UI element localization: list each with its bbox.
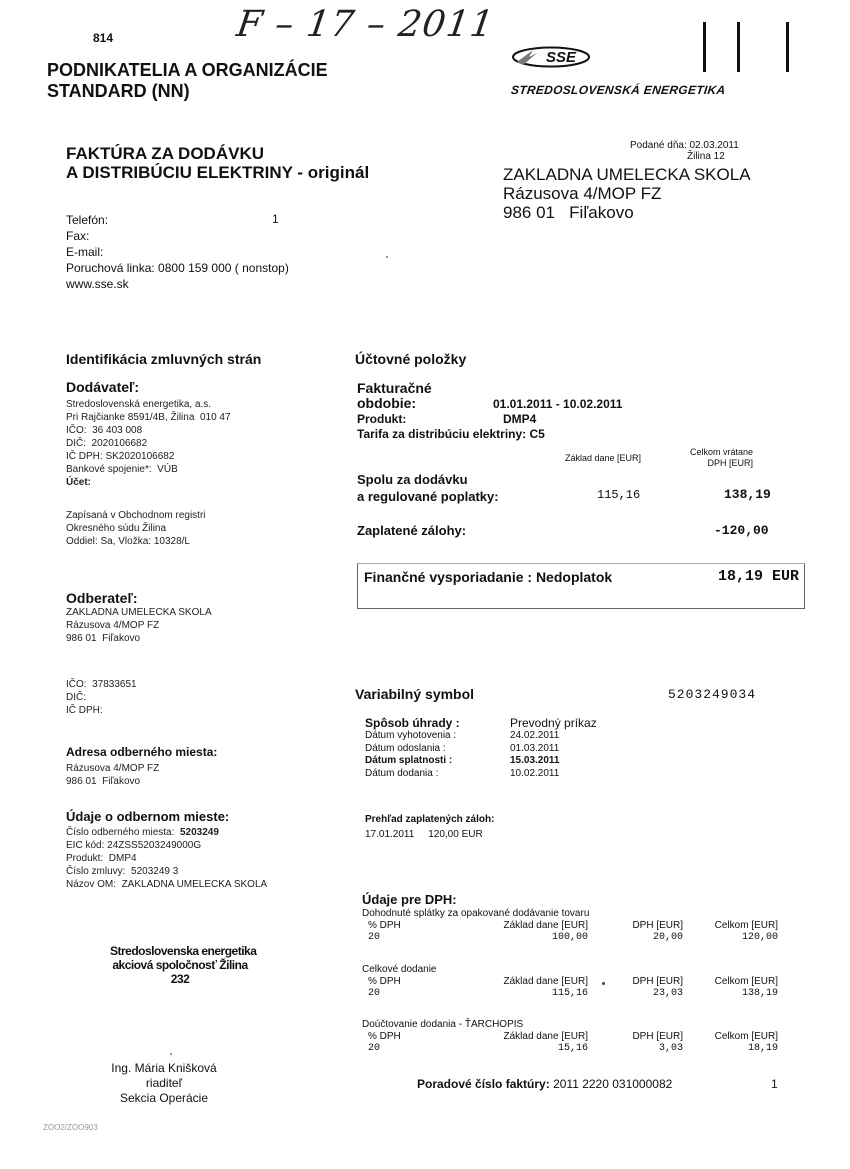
invoice-title-line-1: FAKTÚRA ZA DODÁVKU — [66, 144, 369, 163]
delivery-address-line: Rázusova 4/MOP FZ — [66, 762, 159, 775]
payment-details: Spôsob úhrady :Prevodný príkaz Dátum vyh… — [365, 716, 597, 780]
point-number-value: 5203249 — [180, 827, 219, 838]
vat-col-rate: % DPH — [362, 920, 478, 932]
vat-col-rate: % DPH — [362, 976, 478, 988]
handwritten-note: F – 17 – 2011 — [234, 4, 497, 45]
settlement-label: Finančné vysporiadanie : Nedoplatok — [364, 569, 612, 585]
vat-amount: 3,03 — [588, 1043, 683, 1055]
vat-rate: 20 — [362, 988, 478, 1000]
phone-label: Telefón: — [66, 212, 289, 228]
column-header-total-line: DPH [EUR] — [690, 458, 753, 469]
barcode-bar — [786, 22, 789, 72]
vat-block-title: Doúčtovanie dodania - ŤARCHOPIS — [362, 1019, 792, 1031]
buyer-line: Rázusova 4/MOP FZ — [66, 619, 212, 632]
parties-heading: Identifikácia zmluvných strán — [66, 351, 261, 367]
variable-symbol-label: Variabilný symbol — [355, 686, 474, 702]
signatory-role: riaditeľ — [104, 1076, 224, 1091]
vat-total: 138,19 — [683, 988, 778, 1000]
column-header-total-line: Celkom vrátane — [690, 447, 753, 458]
supplier-line: Bankové spojenie*: VÚB — [66, 463, 231, 476]
send-date-label: Dátum odoslania : — [365, 743, 510, 756]
period-value: 01.01.2011 - 10.02.2011 — [493, 397, 622, 411]
buyer-line: ZAKLADNA UMELECKA SKOLA — [66, 606, 212, 619]
advances-heading: Prehľad zaplatených záloh: — [365, 812, 494, 827]
vat-amount: 23,03 — [588, 988, 683, 1000]
segment-line-1: PODNIKATELIA A ORGANIZÁCIE — [47, 60, 328, 81]
signatory-department: Sekcia Operácie — [104, 1091, 224, 1106]
page-number: 1 — [771, 1077, 778, 1091]
company-name: STREDOSLOVENSKÁ ENERGETIKA — [510, 83, 726, 97]
vat-block-title: Dohodnuté splátky za opakované dodávanie… — [362, 908, 792, 920]
recipient-name: ZAKLADNA UMELECKA SKOLA — [503, 165, 751, 184]
signature-block: Ing. Mária Knišková riaditeľ Sekcia Oper… — [104, 1061, 224, 1106]
recipient-street: Rázusova 4/MOP FZ — [503, 184, 751, 203]
scan-speck — [386, 256, 388, 258]
delivery-address-heading: Adresa odberného miesta: — [66, 745, 217, 759]
vat-rate: 20 — [362, 932, 478, 944]
segment-line-2: STANDARD (NN) — [47, 81, 328, 102]
fax-label: Fax: — [66, 228, 289, 244]
vat-base: 115,16 — [478, 988, 588, 1000]
scan-speck — [602, 982, 605, 985]
recipient-address: ZAKLADNA UMELECKA SKOLA Rázusova 4/MOP F… — [503, 165, 751, 222]
scan-speck — [170, 1053, 172, 1055]
period-label: Fakturačné obdobie: — [357, 381, 493, 411]
vat-heading: Údaje pre DPH: — [362, 892, 457, 907]
advance-date: 17.01.2011 — [365, 829, 414, 840]
buyer-id-line: IČ DPH: — [66, 704, 137, 717]
column-header-base: Základ dane [EUR] — [565, 453, 641, 463]
payment-method-value: Prevodný príkaz — [510, 716, 597, 730]
delivery-point-heading: Údaje o odbernom mieste: — [66, 809, 229, 824]
issue-date-label: Dátum vyhotovenia : — [365, 730, 510, 743]
supplier-details: Stredoslovenská energetika, a.s. Pri Raj… — [66, 398, 231, 489]
vat-col-base: Základ dane [EUR] — [478, 920, 588, 932]
sum-label: Spolu za dodávku a regulované poplatky: — [357, 471, 499, 505]
contact-info: Telefón: Fax: E-mail: Poruchová linka: 0… — [66, 212, 289, 292]
post-office: Žilina 12 — [630, 151, 739, 162]
email-label: E-mail: — [66, 244, 289, 260]
column-header-total: Celkom vrátane DPH [EUR] — [690, 447, 753, 469]
variable-symbol-value: 5203249034 — [668, 687, 756, 702]
point-line: EIC kód: 24ZSS5203249000G — [66, 839, 267, 852]
sum-label-line: Spolu za dodávku — [357, 471, 499, 488]
account-label: Účet: — [66, 476, 231, 489]
vat-col-vat: DPH [EUR] — [588, 1031, 683, 1043]
stamp-line: 232 — [110, 972, 250, 986]
tariff-label: Tarifa za distribúciu elektriny: — [357, 427, 526, 441]
svg-text:SSE: SSE — [546, 49, 577, 66]
due-date-label: Dátum splatnosti : — [365, 755, 510, 768]
invoice-number: Poradové číslo faktúry: 2011 2220 031000… — [417, 1077, 672, 1091]
issue-date-value: 24.02.2011 — [510, 730, 559, 743]
hotline: Poruchová linka: 0800 159 000 ( nonstop) — [66, 260, 289, 276]
customer-segment: PODNIKATELIA A ORGANIZÁCIE STANDARD (NN) — [47, 60, 328, 102]
stamp-line: Stredoslovenska energetika — [110, 944, 250, 958]
vat-col-rate: % DPH — [362, 1031, 478, 1043]
sum-label-line: a regulované poplatky: — [357, 488, 499, 505]
tariff-value: C5 — [530, 427, 545, 441]
delivery-date-value: 10.02.2011 — [510, 768, 559, 781]
register-line: Okresného súdu Žilina — [66, 522, 206, 535]
vat-block-title: Celkové dodanie — [362, 964, 792, 976]
stamp-line: akciová spoločnosť Žilina — [110, 958, 250, 972]
point-line: Číslo zmluvy: 5203249 3 — [66, 865, 267, 878]
sum-base-value: 115,16 — [597, 488, 640, 502]
product-value: DMP4 — [503, 412, 536, 426]
vat-col-total: Celkom [EUR] — [683, 1031, 778, 1043]
buyer-ids: IČO: 37833651 DIČ: IČ DPH: — [66, 678, 137, 717]
vat-total: 120,00 — [683, 932, 778, 944]
submission-date: Podané dňa: 02.03.2011 — [630, 140, 739, 151]
vat-col-vat: DPH [EUR] — [588, 920, 683, 932]
buyer-id-line: DIČ: — [66, 691, 137, 704]
product-label: Produkt: — [357, 412, 503, 427]
point-number-label: Číslo odberného miesta: — [66, 827, 174, 838]
supplier-heading: Dodávateľ: — [66, 379, 139, 395]
vat-col-total: Celkom [EUR] — [683, 976, 778, 988]
vat-base: 100,00 — [478, 932, 588, 944]
submission-info: Podané dňa: 02.03.2011 Žilina 12 — [630, 140, 739, 162]
footer-code: ZOO2/ZOO903 — [43, 1123, 98, 1132]
vat-total: 18,19 — [683, 1043, 778, 1055]
vat-col-total: Celkom [EUR] — [683, 920, 778, 932]
company-stamp: Stredoslovenska energetika akciová spolo… — [110, 944, 250, 986]
sum-total-value: 138,19 — [724, 487, 771, 502]
invoice-number-label: Poradové číslo faktúry: — [417, 1077, 550, 1091]
vat-rate: 20 — [362, 1043, 478, 1055]
website-link[interactable]: www.sse.sk — [66, 276, 289, 292]
supplier-line: DIČ: 2020106682 — [66, 437, 231, 450]
advance-amount: 120,00 EUR — [428, 829, 482, 840]
vat-block-additional-billing: Doúčtovanie dodania - ŤARCHOPIS % DPH Zá… — [362, 1019, 792, 1055]
billing-info: Fakturačné obdobie:01.01.2011 - 10.02.20… — [357, 381, 622, 442]
vat-block-installments: Dohodnuté splátky za opakované dodávanie… — [362, 908, 792, 944]
supplier-line: IČO: 36 403 008 — [66, 424, 231, 437]
settlement-value: 18,19 EUR — [718, 568, 799, 585]
delivery-date-label: Dátum dodania : — [365, 768, 510, 781]
sse-logo-icon: SSE — [511, 46, 591, 68]
supplier-line: Stredoslovenská energetika, a.s. — [66, 398, 231, 411]
vat-col-base: Základ dane [EUR] — [478, 976, 588, 988]
advances-overview: Prehľad zaplatených záloh: 17.01.2011 12… — [365, 812, 494, 842]
barcode-bar — [737, 22, 740, 72]
phone-value: 1 — [272, 212, 279, 226]
paid-advances-label: Zaplatené zálohy: — [357, 523, 466, 538]
point-line: Produkt: DMP4 — [66, 852, 267, 865]
items-heading: Účtovné položky — [355, 351, 466, 367]
delivery-address-line: 986 01 Fiľakovo — [66, 775, 159, 788]
delivery-point-details: Číslo odberného miesta: 5203249 EIC kód:… — [66, 826, 267, 891]
register-line: Oddiel: Sa, Vložka: 10328/L — [66, 535, 206, 548]
invoice-title-line-2: A DISTRIBÚCIU ELEKTRINY - originál — [66, 163, 369, 182]
vat-base: 15,16 — [478, 1043, 588, 1055]
buyer-id-line: IČO: 37833651 — [66, 678, 137, 691]
vat-block-total-delivery: Celkové dodanie % DPH Základ dane [EUR] … — [362, 964, 792, 1000]
buyer-line: 986 01 Fiľakovo — [66, 632, 212, 645]
supplier-line: Pri Rajčianke 8591/4B, Žilina 010 47 — [66, 411, 231, 424]
signatory-name: Ing. Mária Knišková — [104, 1061, 224, 1076]
payment-method-label: Spôsob úhrady : — [365, 716, 510, 730]
recipient-city: 986 01 Fiľakovo — [503, 203, 751, 222]
paid-advances-value: -120,00 — [714, 523, 769, 538]
delivery-address: Rázusova 4/MOP FZ 986 01 Fiľakovo — [66, 762, 159, 788]
send-date-value: 01.03.2011 — [510, 743, 559, 756]
register-info: Zapísaná v Obchodnom registri Okresného … — [66, 509, 206, 548]
buyer-details: ZAKLADNA UMELECKA SKOLA Rázusova 4/MOP F… — [66, 606, 212, 645]
supplier-line: IČ DPH: SK2020106682 — [66, 450, 231, 463]
document-number: 814 — [93, 31, 113, 45]
invoice-title: FAKTÚRA ZA DODÁVKU A DISTRIBÚCIU ELEKTRI… — [66, 144, 369, 182]
register-line: Zapísaná v Obchodnom registri — [66, 509, 206, 522]
buyer-heading: Odberateľ: — [66, 590, 138, 606]
point-line: Názov OM: ZAKLADNA UMELECKA SKOLA — [66, 878, 267, 891]
barcode-bar — [703, 22, 706, 72]
vat-amount: 20,00 — [588, 932, 683, 944]
vat-col-base: Základ dane [EUR] — [478, 1031, 588, 1043]
due-date-value: 15.03.2011 — [510, 755, 560, 768]
invoice-number-value: 2011 2220 031000082 — [553, 1077, 672, 1091]
